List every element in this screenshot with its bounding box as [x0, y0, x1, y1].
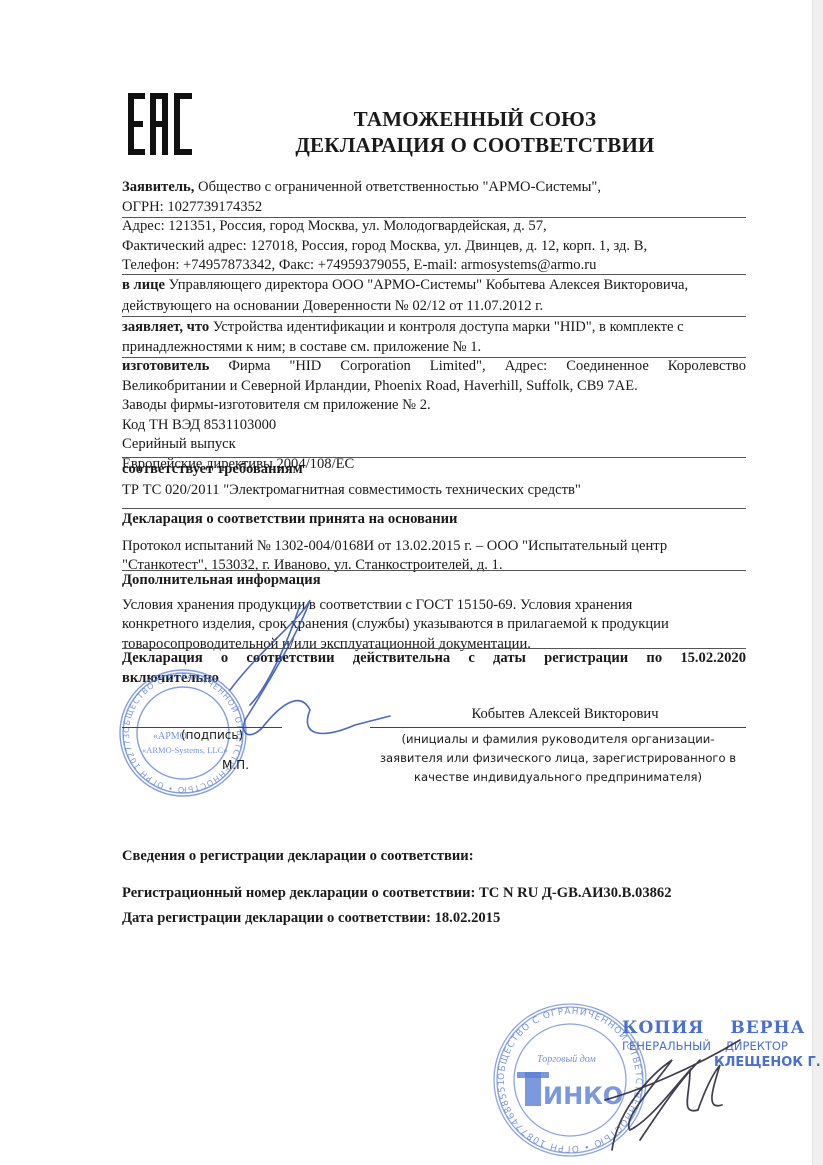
- eac-logo-icon: [128, 93, 192, 155]
- divider: [122, 457, 746, 458]
- manufacturer-line-1: Фирма "HID Corporation Limited", Адрес: …: [209, 358, 746, 374]
- position-general: ГЕНЕРАЛЬНЫЙ: [622, 1039, 711, 1053]
- certifier-name: КЛЕЩЕНОК Г. С.: [714, 1055, 823, 1070]
- manufacturer-line-2: Великобритании и Северной Ирландии, Phoe…: [122, 377, 746, 397]
- registration-date: Дата регистрации декларации о соответств…: [122, 910, 500, 927]
- applicant-label: Заявитель,: [122, 179, 194, 195]
- signatory-caption: (инициалы и фамилия руководителя организ…: [370, 730, 746, 787]
- registration-number: Регистрационный номер декларации о соотв…: [122, 885, 672, 902]
- true-word: ВЕРНА: [730, 1018, 805, 1038]
- production-type: Серийный выпуск: [122, 435, 746, 455]
- representative-line-2: действующего на основании Доверенности №…: [122, 296, 746, 317]
- declares-label: заявляет, что: [122, 319, 209, 335]
- signature-label: (подпись): [181, 728, 243, 742]
- manufacturer-line-3: Заводы фирмы-изготовителя см приложение …: [122, 396, 746, 416]
- representative-line-1: Управляющего директора ООО "АРМО-Системы…: [165, 277, 688, 293]
- additional-line-1: Условия хранения продукции в соответстви…: [122, 596, 746, 616]
- certified-copy-stamp: КОПИЯВЕРНА ГЕНЕРАЛЬНЫЙДИРЕКТОР КЛЕЩЕНОК …: [622, 1018, 823, 1070]
- additional-line-2: конкретного изделия, срок хранения (служ…: [122, 615, 746, 635]
- actual-address: Фактический адрес: 127018, Россия, город…: [122, 237, 746, 257]
- declares-line-1: Устройства идентификации и контроля дост…: [209, 319, 683, 335]
- registration-heading: Сведения о регистрации декларации о соот…: [122, 848, 474, 865]
- declares-line-2: принадлежностями к ним; в составе см. пр…: [122, 338, 746, 358]
- seal-label: М.П.: [222, 758, 249, 772]
- additional-info-section: Дополнительная информация Условия хранен…: [122, 571, 746, 654]
- representative-section: в лице Управляющего директора ООО "АРМО-…: [122, 275, 746, 317]
- complies-section: соответствует требованиям ТР ТС 020/2011…: [122, 459, 746, 501]
- hs-code: Код ТН ВЭД 8531103000: [122, 416, 746, 436]
- position-director: ДИРЕКТОР: [725, 1039, 788, 1053]
- caption-line-1: (инициалы и фамилия руководителя организ…: [370, 730, 746, 749]
- applicant-ogrn: ОГРН: 1027739174352: [122, 198, 746, 218]
- copy-word: КОПИЯ: [622, 1018, 704, 1038]
- additional-label: Дополнительная информация: [122, 571, 746, 591]
- signatory-line: [370, 727, 746, 728]
- svg-text:ИНКО: ИНКО: [543, 1082, 623, 1110]
- title-line-2: ДЕКЛАРАЦИЯ О СООТВЕТСТВИИ: [290, 132, 660, 158]
- title-line-1: ТАМОЖЕННЫЙ СОЮЗ: [290, 106, 660, 132]
- basis-section: Декларация о соответствии принята на осн…: [122, 510, 746, 576]
- document-title: ТАМОЖЕННЫЙ СОЮЗ ДЕКЛАРАЦИЯ О СООТВЕТСТВИ…: [290, 106, 660, 158]
- basis-line-1: Протокол испытаний № 1302-004/0168И от 1…: [122, 537, 746, 557]
- divider: [122, 508, 746, 509]
- caption-line-2: заявителя или физического лица, зарегист…: [370, 749, 746, 768]
- complies-label: соответствует требованиям: [122, 459, 746, 480]
- representative-label: в лице: [122, 277, 165, 293]
- contacts: Телефон: +74957873342, Факс: +7495937905…: [122, 256, 746, 276]
- manufacturer-label: изготовитель: [122, 358, 209, 374]
- caption-line-3: качестве индивидуального предпринимателя…: [370, 768, 746, 787]
- svg-text:Торговый дом: Торговый дом: [537, 1054, 596, 1065]
- signatory-name: Кобытев Алексей Викторович: [400, 706, 730, 723]
- complies-text: ТР ТС 020/2011 "Электромагнитная совмест…: [122, 480, 746, 501]
- applicant-name: Общество с ограниченной ответственностью…: [194, 179, 601, 195]
- address-section: Адрес: 121351, Россия, город Москва, ул.…: [122, 217, 746, 276]
- declares-section: заявляет, что Устройства идентификации и…: [122, 318, 746, 357]
- basis-label: Декларация о соответствии принята на осн…: [122, 510, 746, 530]
- legal-address: Адрес: 121351, Россия, город Москва, ул.…: [122, 217, 746, 237]
- scan-edge: [812, 0, 823, 1165]
- svg-text:«ARMO-Systems, LLC»: «ARMO-Systems, LLC»: [142, 745, 227, 755]
- divider: [122, 316, 746, 317]
- applicant-section: Заявитель, Общество с ограниченной ответ…: [122, 178, 746, 217]
